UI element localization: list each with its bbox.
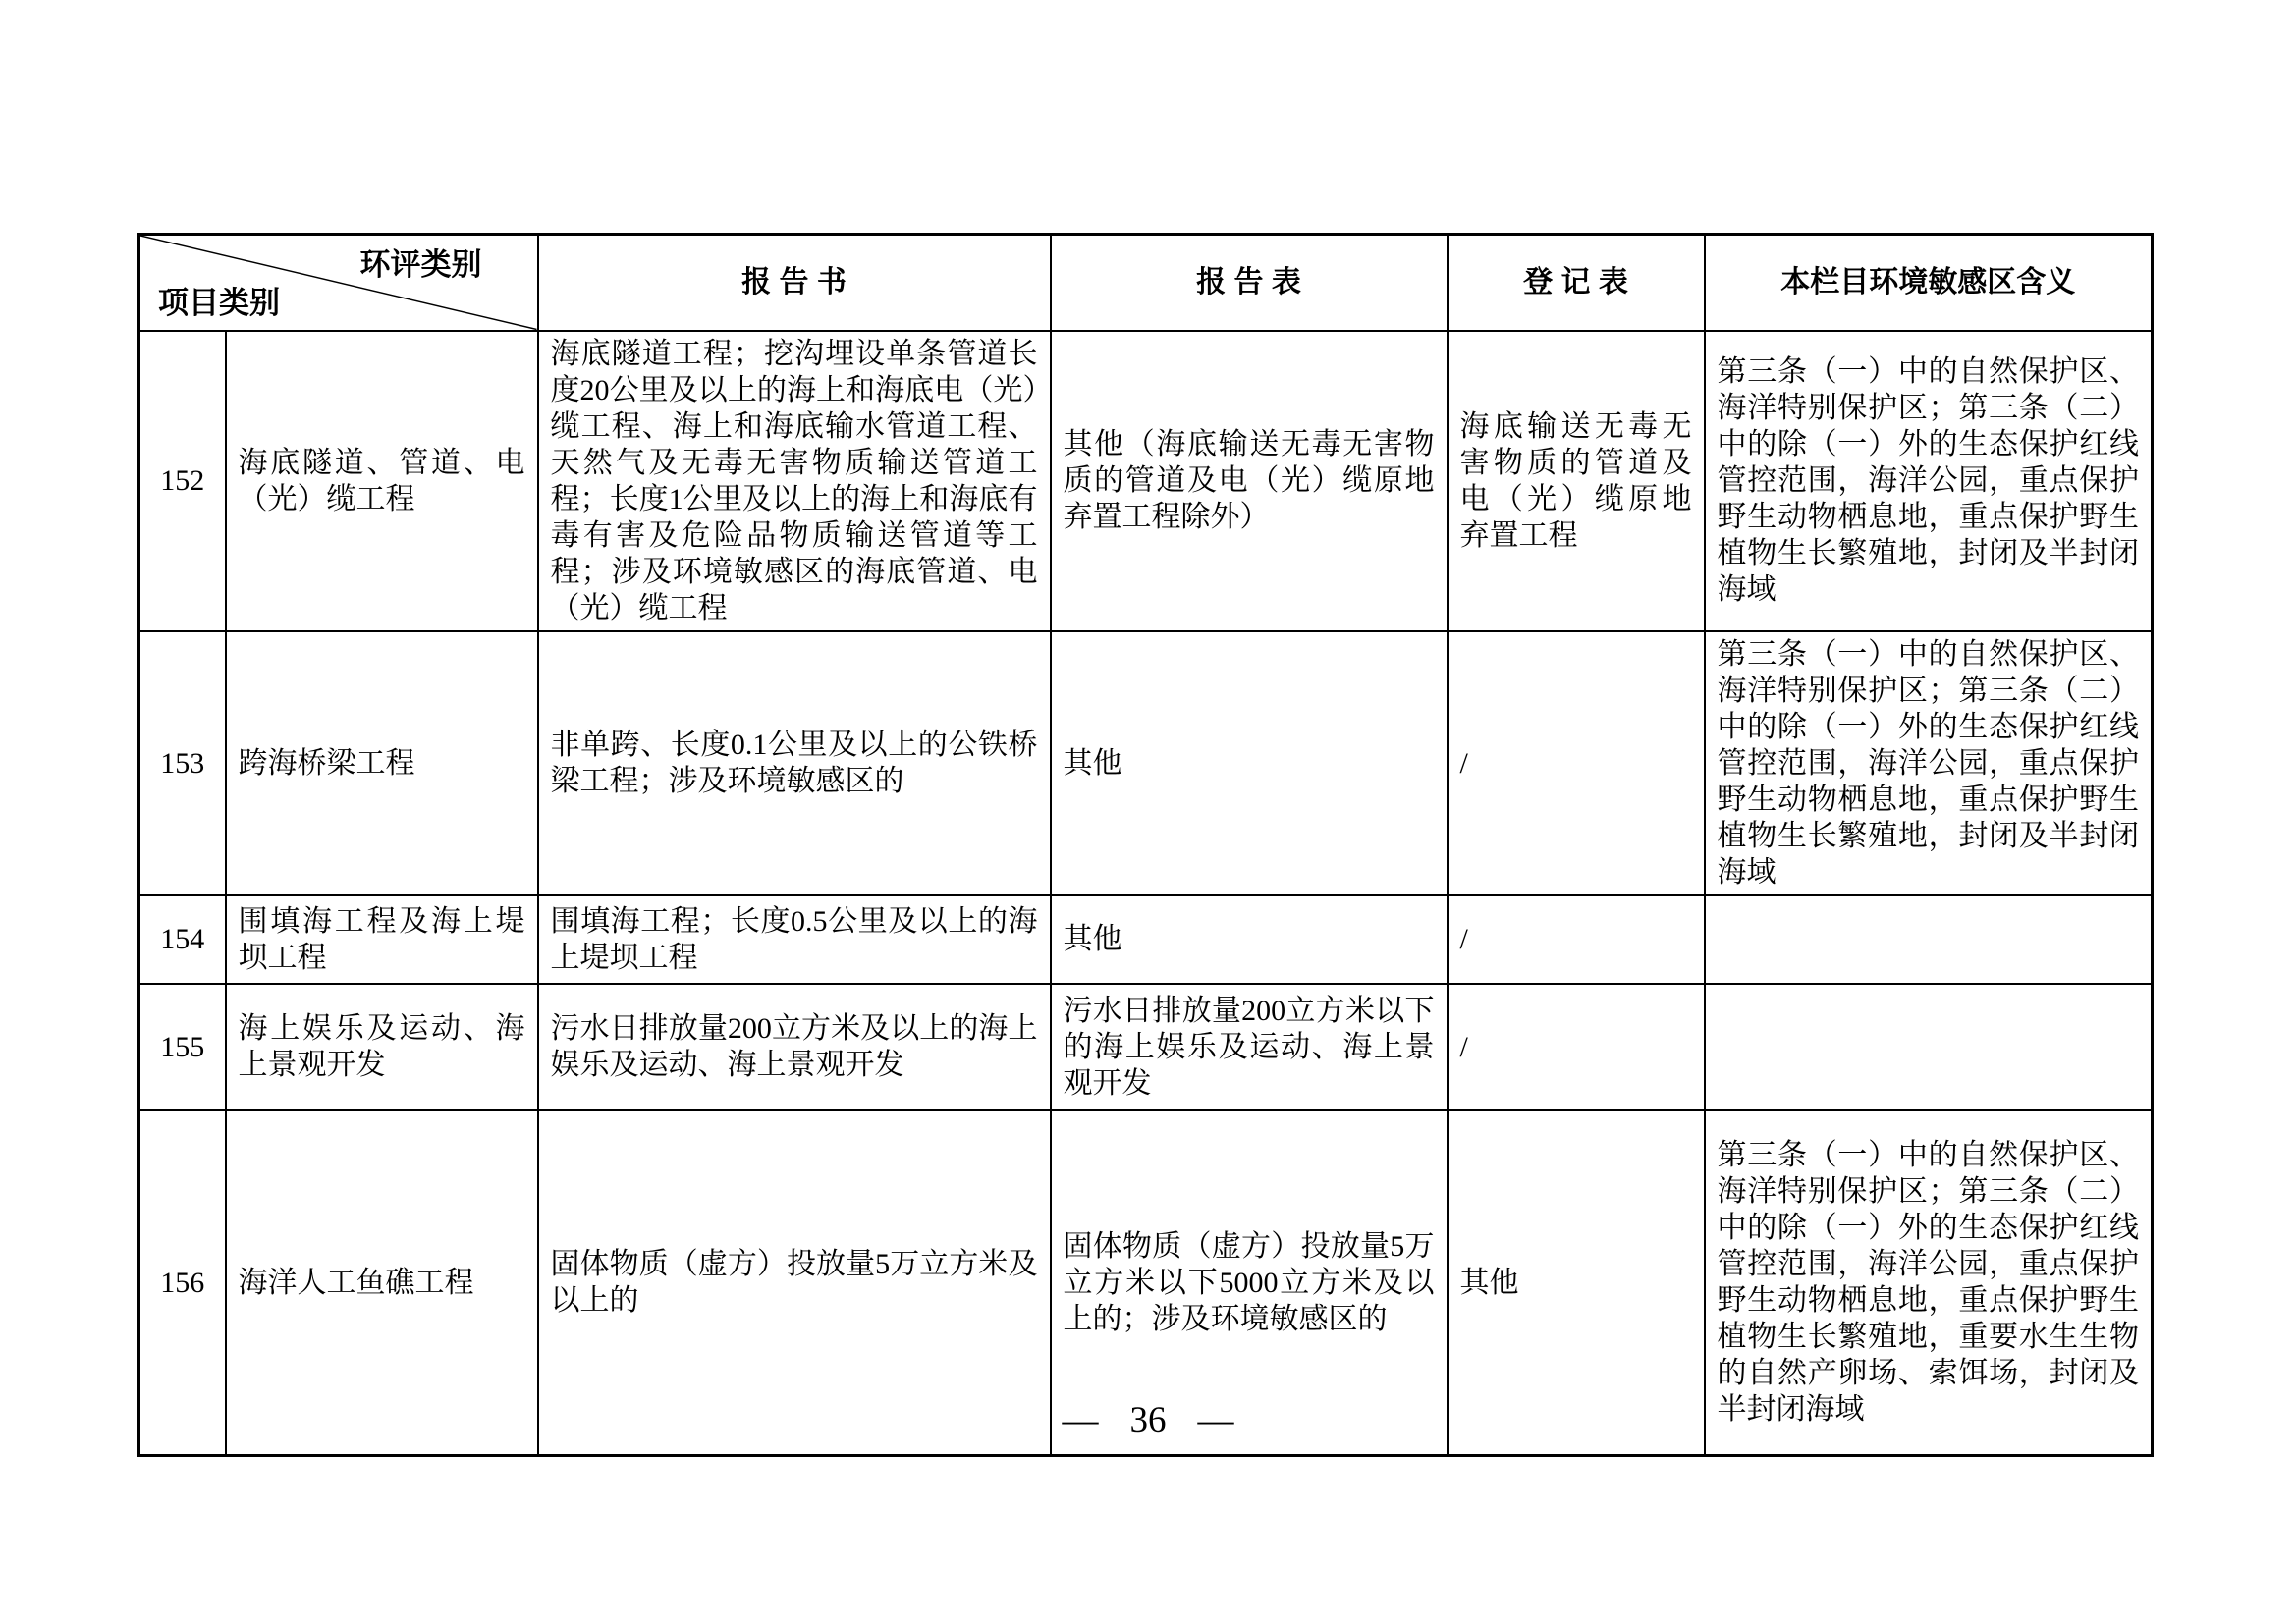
project-category-cell: 海底隧道、管道、电（光）缆工程 (226, 331, 538, 631)
diagonal-header-cell: 环评类别 项目类别 (139, 235, 538, 331)
header-project-category-label: 项目类别 (158, 288, 280, 318)
project-category-cell: 围填海工程及海上堤坝工程 (226, 895, 538, 984)
registration-form-cell: / (1448, 984, 1705, 1110)
row-number: 154 (139, 895, 226, 984)
report-book-cell: 非单跨、长度0.1公里及以上的公铁桥梁工程；涉及环境敏感区的 (538, 631, 1051, 895)
eia-table-container: 环评类别 项目类别 报 告 书 报 告 表 登 记 表 本栏目环境敏感区含义 1… (137, 233, 2154, 1457)
report-form-cell: 污水日排放量200立方米以下的海上娱乐及运动、海上景观开发 (1051, 984, 1448, 1110)
page-footer: — 36 — (0, 1400, 2296, 1441)
row-number: 153 (139, 631, 226, 895)
page-number: 36 (1130, 1400, 1167, 1441)
project-category-cell: 跨海桥梁工程 (226, 631, 538, 895)
table-row-154: 154 围填海工程及海上堤坝工程 围填海工程；长度0.5公里及以上的海上堤坝工程… (139, 895, 2153, 984)
registration-form-cell: / (1448, 895, 1705, 984)
report-book-cell: 污水日排放量200立方米及以上的海上娱乐及运动、海上景观开发 (538, 984, 1051, 1110)
report-form-cell: 其他 (1051, 631, 1448, 895)
table-row-152: 152 海底隧道、管道、电（光）缆工程 海底隧道工程；挖沟埋设单条管道长度20公… (139, 331, 2153, 631)
sensitive-meaning-cell (1705, 895, 2153, 984)
report-form-cell: 其他 (1051, 895, 1448, 984)
header-sensitive-meaning: 本栏目环境敏感区含义 (1705, 235, 2153, 331)
header-report-form: 报 告 表 (1051, 235, 1448, 331)
header-registration-form: 登 记 表 (1448, 235, 1705, 331)
eia-category-table: 环评类别 项目类别 报 告 书 报 告 表 登 记 表 本栏目环境敏感区含义 1… (137, 233, 2154, 1457)
sensitive-meaning-cell: 第三条（一）中的自然保护区、海洋特别保护区；第三条（二）中的除（一）外的生态保护… (1705, 331, 2153, 631)
report-form-cell: 其他（海底输送无毒无害物质的管道及电（光）缆原地弃置工程除外） (1051, 331, 1448, 631)
report-book-cell: 海底隧道工程；挖沟埋设单条管道长度20公里及以上的海上和海底电（光）缆工程、海上… (538, 331, 1051, 631)
document-page: 环评类别 项目类别 报 告 书 报 告 表 登 记 表 本栏目环境敏感区含义 1… (0, 0, 2296, 1623)
header-report-book: 报 告 书 (538, 235, 1051, 331)
table-row-155: 155 海上娱乐及运动、海上景观开发 污水日排放量200立方米及以上的海上娱乐及… (139, 984, 2153, 1110)
project-category-cell: 海上娱乐及运动、海上景观开发 (226, 984, 538, 1110)
header-eia-category-label: 环评类别 (360, 249, 482, 280)
table-header-row: 环评类别 项目类别 报 告 书 报 告 表 登 记 表 本栏目环境敏感区含义 (139, 235, 2153, 331)
table-row-153: 153 跨海桥梁工程 非单跨、长度0.1公里及以上的公铁桥梁工程；涉及环境敏感区… (139, 631, 2153, 895)
registration-form-cell: 海底输送无毒无害物质的管道及电（光）缆原地弃置工程 (1448, 331, 1705, 631)
sensitive-meaning-cell (1705, 984, 2153, 1110)
sensitive-meaning-cell: 第三条（一）中的自然保护区、海洋特别保护区；第三条（二）中的除（一）外的生态保护… (1705, 631, 2153, 895)
report-book-cell: 围填海工程；长度0.5公里及以上的海上堤坝工程 (538, 895, 1051, 984)
registration-form-cell: / (1448, 631, 1705, 895)
row-number: 152 (139, 331, 226, 631)
row-number: 155 (139, 984, 226, 1110)
footer-right-dash: — (1198, 1400, 1234, 1441)
footer-left-dash: — (1063, 1400, 1099, 1441)
